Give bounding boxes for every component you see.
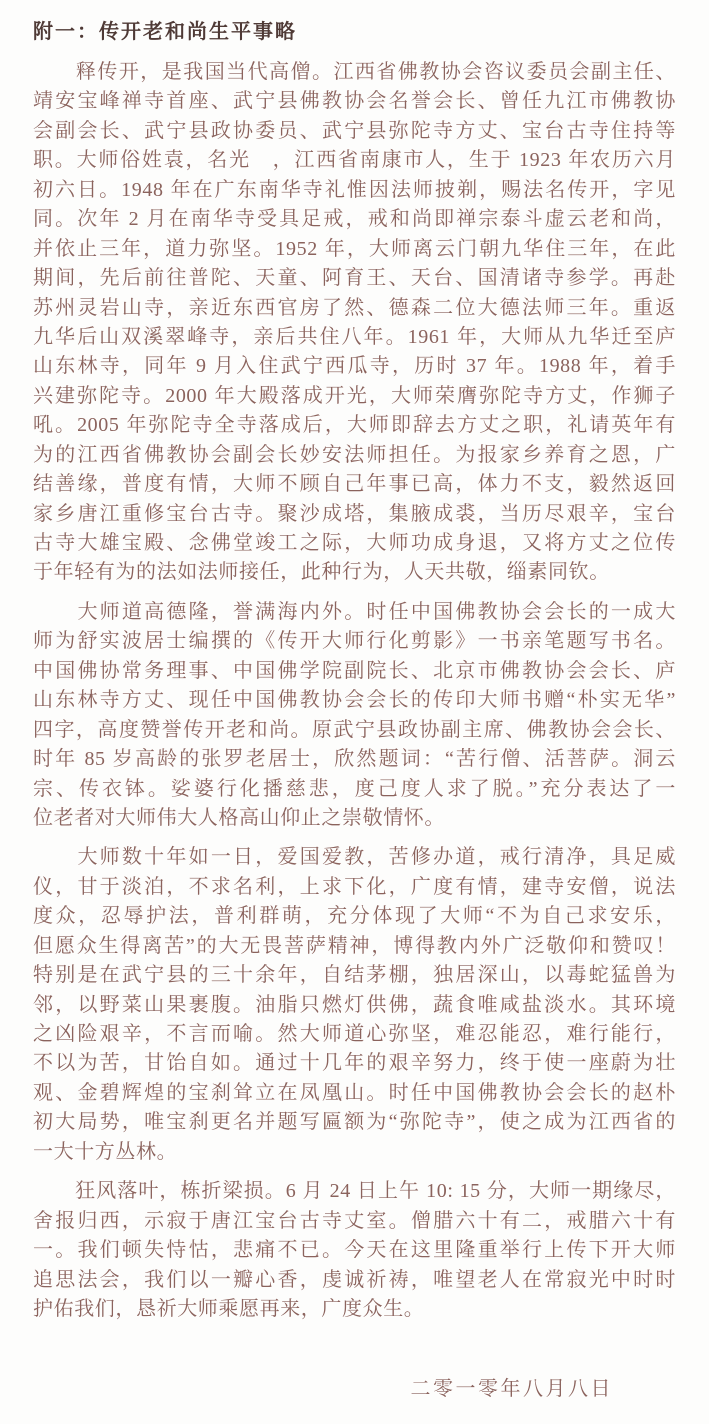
text-line: 同。次年 2 月在南华寺受具足戒，戒和尚即禅宗泰斗虚云老和尚， — [33, 205, 676, 234]
paragraph: 大师道高德隆，誉满海内外。时任中国佛教协会会长的一成大师为舒实波居士编撰的《传开… — [33, 598, 676, 834]
text-line: 宗、传衣钵。娑婆行化播慈悲，度己度人求了脱。”充分表达了一 — [33, 775, 676, 804]
text-line: 护佑我们，恳祈大师乘愿再来，广度众生。 — [33, 1295, 676, 1324]
text-line: 苏州灵岩山寺，亲近东西官房了然、德森二位大德法师三年。重返 — [33, 294, 676, 323]
document-body: 释传开，是我国当代高僧。江西省佛教协会咨议委员会副主任、靖安宝峰禅寺首座、武宁县… — [33, 58, 676, 1324]
text-line: 度众，忍辱护法，普利群萌，充分体现了大师“不为自己求安乐， — [33, 902, 676, 931]
text-line: 师为舒实波居士编撰的《传开大师行化剪影》一书亲笔题写书名。 — [33, 627, 676, 656]
text-line: 追思法会，我们以一瓣心香，虔诚祈祷，唯望老人在常寂光中时时 — [33, 1266, 676, 1295]
text-line: 兴建弥陀寺。2000 年大殿落成开光，大师荣膺弥陀寺方丈，作狮子 — [33, 382, 676, 411]
date-line: 二零一零年八月八日 — [411, 1372, 614, 1401]
text-line: 四字，高度赞誉传开老和尚。原武宁县政协副主席、佛教协会会长、 — [33, 716, 676, 745]
text-line: 山东林寺，同年 9 月入住武宁西瓜寺，历时 37 年。1988 年，着手 — [33, 352, 676, 381]
text-line: 舍报归西，示寂于唐江宝台古寺丈室。僧腊六十有二，戒腊六十有 — [33, 1207, 676, 1236]
paragraph: 大师数十年如一日，爱国爱教，苦修办道，戒行清净，具足威仪，甘于淡泊，不求名利，上… — [33, 843, 676, 1167]
text-line: 释传开，是我国当代高僧。江西省佛教协会咨议委员会副主任、 — [33, 58, 676, 87]
text-line: 一。我们顿失恃怙，悲痛不已。今天在这里隆重举行上传下开大师 — [33, 1236, 676, 1265]
text-line: 初六日。1948 年在广东南华寺礼惟因法师披剃，赐法名传开，字见 — [33, 176, 676, 205]
text-line: 观、金碧辉煌的宝刹耸立在凤凰山。时任中国佛教协会会长的赵朴 — [33, 1079, 676, 1108]
text-line: 于年轻有为的法如法师接任，此种行为，人天共敬，缁素同钦。 — [33, 558, 676, 587]
text-line: 特别是在武宁县的三十余年，自结茅棚，独居深山，以毒蛇猛兽为 — [33, 961, 676, 990]
text-line: 山东林寺方丈、现任中国佛教协会会长的传印大师书赠“朴实无华” — [33, 686, 676, 715]
text-line: 大师道高德隆，誉满海内外。时任中国佛教协会会长的一成大 — [33, 598, 676, 627]
text-line: 之凶险艰辛，不言而喻。然大师道心弥坚，难忍能忍，难行能行， — [33, 1020, 676, 1049]
text-line: 时年 85 岁高龄的张罗老居士，欣然题词：“苦行僧、活菩萨。洞云 — [33, 745, 676, 774]
text-line: 靖安宝峰禅寺首座、武宁县佛教协会名誉会长、曾任九江市佛教协 — [33, 87, 676, 116]
text-line: 家乡唐江重修宝台古寺。聚沙成塔，集腋成裘，当历尽艰辛，宝台 — [33, 500, 676, 529]
text-line: 中国佛协常务理事、中国佛学院副院长、北京市佛教协会会长、庐 — [33, 657, 676, 686]
text-line: 初大局势，唯宝刹更名并题写匾额为“弥陀寺”，使之成为江西省的 — [33, 1108, 676, 1137]
text-line: 一大十方丛林。 — [33, 1138, 676, 1167]
text-line: 仪，甘于淡泊，不求名利，上求下化，广度有情，建寺安僧，说法 — [33, 873, 676, 902]
text-line: 期间，先后前往普陀、天童、阿育王、天台、国清诸寺参学。再赴 — [33, 264, 676, 293]
text-line: 九华后山双溪翠峰寺，亲后共住八年。1961 年，大师从九华迁至庐 — [33, 323, 676, 352]
page-title: 附一：传开老和尚生平事略 — [33, 17, 709, 47]
text-line: 结善缘，普度有情，大师不顾自己年事已高，体力不支，毅然返回 — [33, 470, 676, 499]
paragraph: 狂风落叶，栋折梁损。6 月 24 日上午 10: 15 分，大师一期缘尽，舍报归… — [33, 1177, 676, 1324]
text-line: 并依止三年，道力弥坚。1952 年，大师离云门朝九华住三年，在此 — [33, 235, 676, 264]
text-line: 位老者对大师伟大人格高山仰止之崇敬情怀。 — [33, 804, 676, 833]
text-line: 大师数十年如一日，爱国爱教，苦修办道，戒行清净，具足威 — [33, 843, 676, 872]
text-line: 邻，以野菜山果裹腹。油脂只燃灯供佛，蔬食唯咸盐淡水。其环境 — [33, 991, 676, 1020]
text-line: 职。大师俗姓袁，名光 ，江西省南康市人，生于 1923 年农历六月 — [33, 146, 676, 175]
text-line: 为的江西省佛教协会副会长妙安法师担任。为报家乡养育之恩，广 — [33, 441, 676, 470]
text-line: 会副会长、武宁县政协委员、武宁县弥陀寺方丈、宝台古寺住持等 — [33, 117, 676, 146]
text-line: 狂风落叶，栋折梁损。6 月 24 日上午 10: 15 分，大师一期缘尽， — [33, 1177, 676, 1206]
text-line: 但愿众生得离苦”的大无畏菩萨精神，博得教内外广泛敬仰和赞叹！ — [33, 932, 676, 961]
paragraph: 释传开，是我国当代高僧。江西省佛教协会咨议委员会副主任、靖安宝峰禅寺首座、武宁县… — [33, 58, 676, 588]
text-line: 吼。2005 年弥陀寺全寺落成后，大师即辞去方丈之职，礼请英年有 — [33, 411, 676, 440]
text-line: 不以为苦，甘饴自如。通过十几年的艰辛努力，终于使一座蔚为壮 — [33, 1049, 676, 1078]
text-line: 古寺大雄宝殿、念佛堂竣工之际，大师功成身退，又将方丈之位传 — [33, 529, 676, 558]
document-page: 附一：传开老和尚生平事略 释传开，是我国当代高僧。江西省佛教协会咨议委员会副主任… — [0, 0, 709, 1424]
